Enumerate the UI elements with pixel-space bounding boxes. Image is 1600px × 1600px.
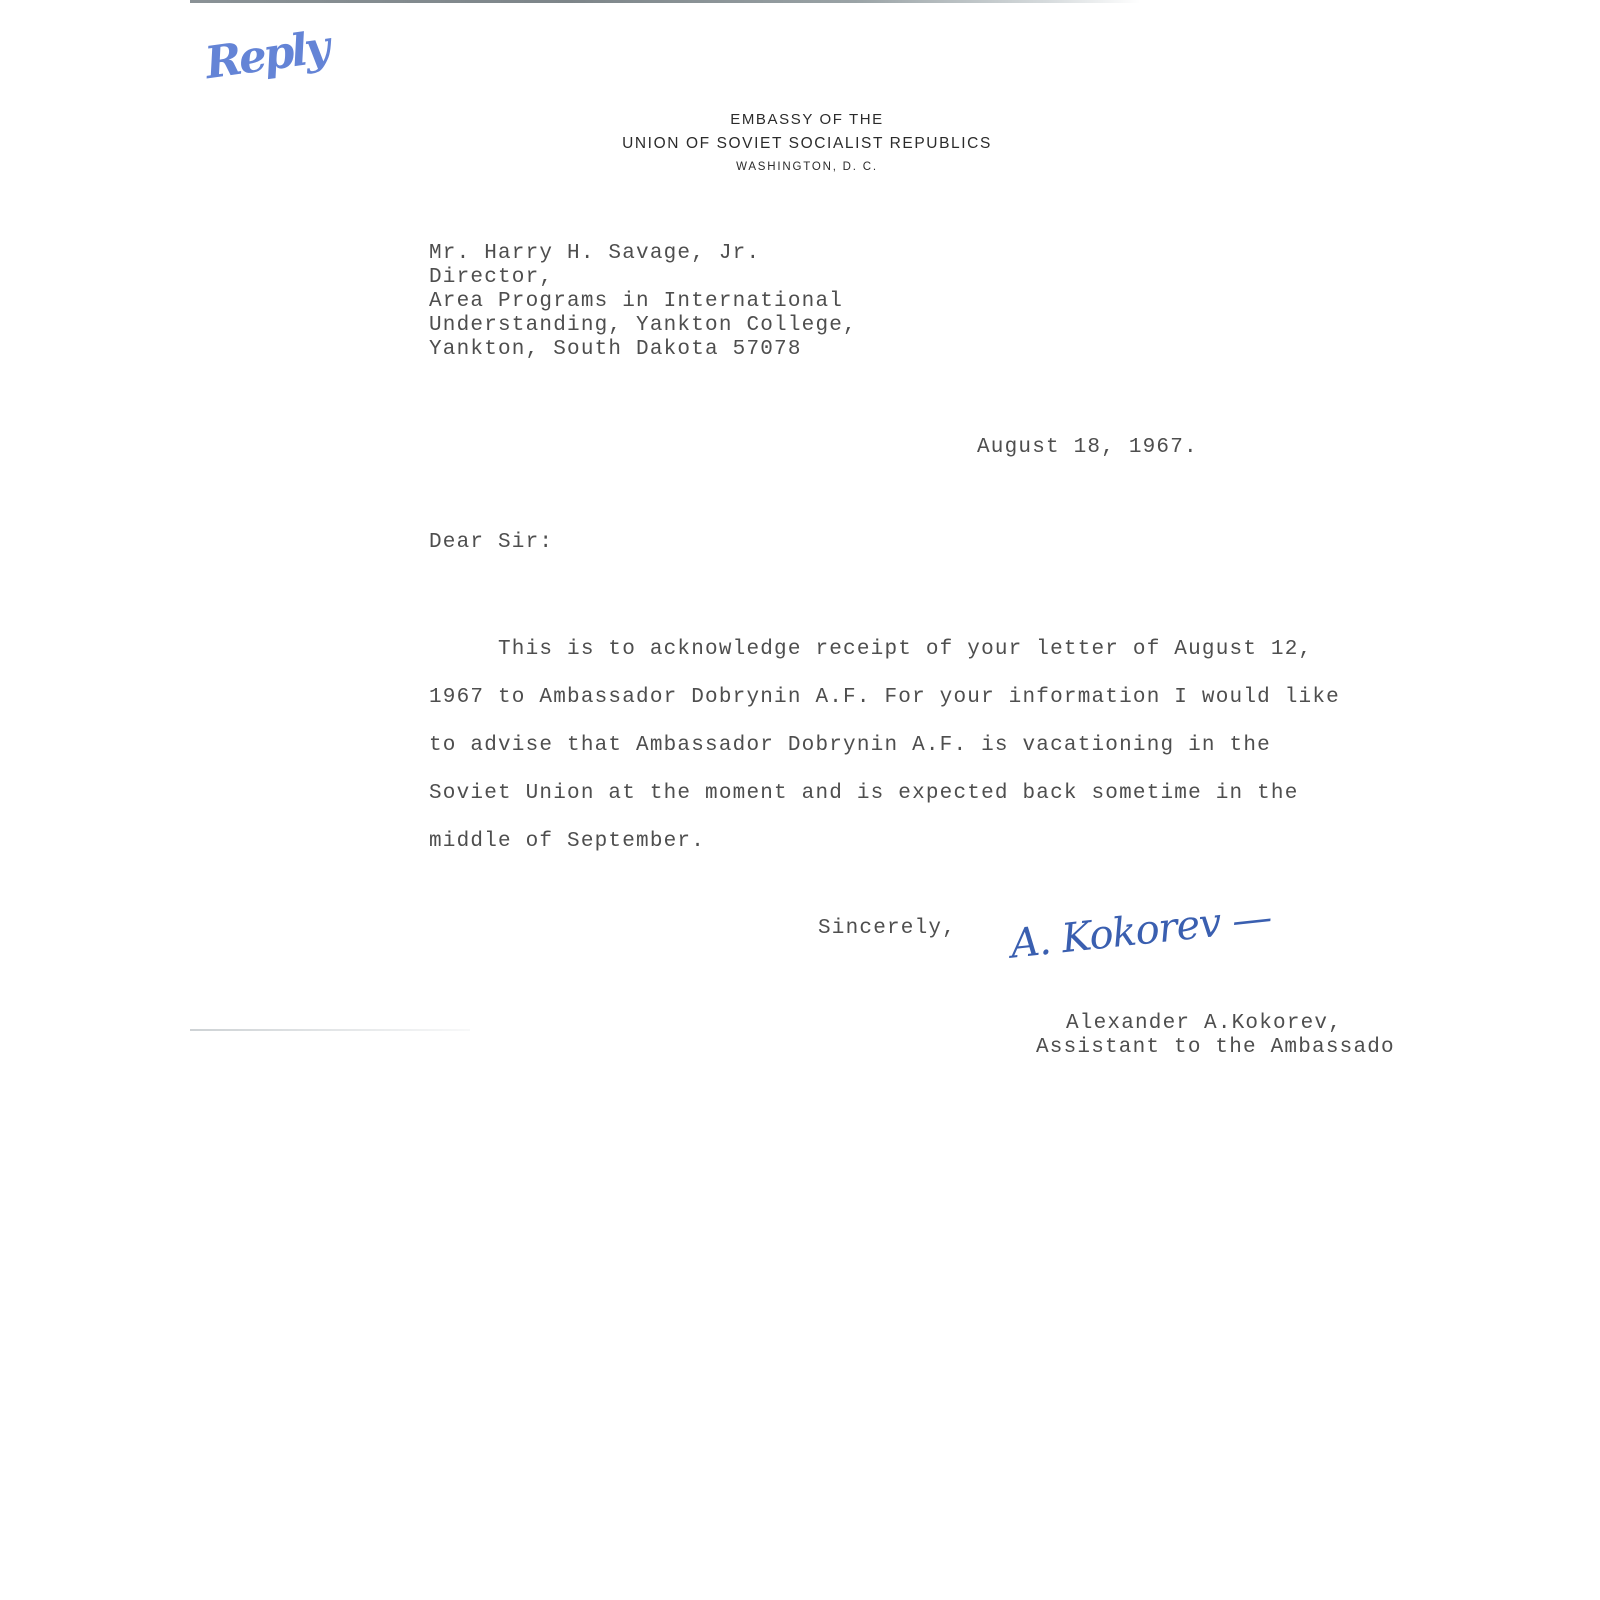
recipient-title: Director, (429, 266, 857, 290)
letterhead-country: UNION OF SOVIET SOCIALIST REPUBLICS (14, 131, 1600, 156)
body-line: 1967 to Ambassador Dobrynin A.F. For you… (429, 674, 1340, 722)
letter-body: This is to acknowledge receipt of your l… (429, 626, 1340, 866)
letter-page: Reply EMBASSY OF THE UNION OF SOVIET SOC… (0, 0, 1600, 1600)
body-line: Soviet Union at the moment and is expect… (429, 770, 1340, 818)
recipient-location: Yankton, South Dakota 57078 (429, 338, 857, 362)
letter-date: August 18, 1967. (977, 436, 1198, 459)
closing: Sincerely, (818, 917, 956, 940)
handwritten-reply-note: Reply (202, 22, 331, 90)
recipient-name: Mr. Harry H. Savage, Jr. (429, 242, 857, 266)
fold-mark (190, 1029, 470, 1031)
signer-title: Assistant to the Ambassado (1036, 1036, 1400, 1060)
letterhead: EMBASSY OF THE UNION OF SOVIET SOCIALIST… (0, 108, 1600, 178)
salutation: Dear Sir: (429, 531, 553, 554)
signer-name: Alexander A.Kokorev, (1066, 1012, 1342, 1036)
body-line: middle of September. (429, 818, 1340, 866)
page-top-edge (190, 0, 1140, 3)
letterhead-embassy: EMBASSY OF THE (14, 108, 1600, 131)
body-line: to advise that Ambassador Dobrynin A.F. … (429, 722, 1340, 770)
recipient-org-line2: Understanding, Yankton College, (429, 314, 857, 338)
body-line: This is to acknowledge receipt of your l… (429, 626, 1340, 674)
recipient-address: Mr. Harry H. Savage, Jr. Director, Area … (429, 242, 857, 362)
recipient-org-line1: Area Programs in International (429, 290, 857, 314)
letterhead-city: WASHINGTON, D. C. (14, 156, 1600, 178)
handwritten-signature: A. Kokorev — (1008, 894, 1273, 967)
